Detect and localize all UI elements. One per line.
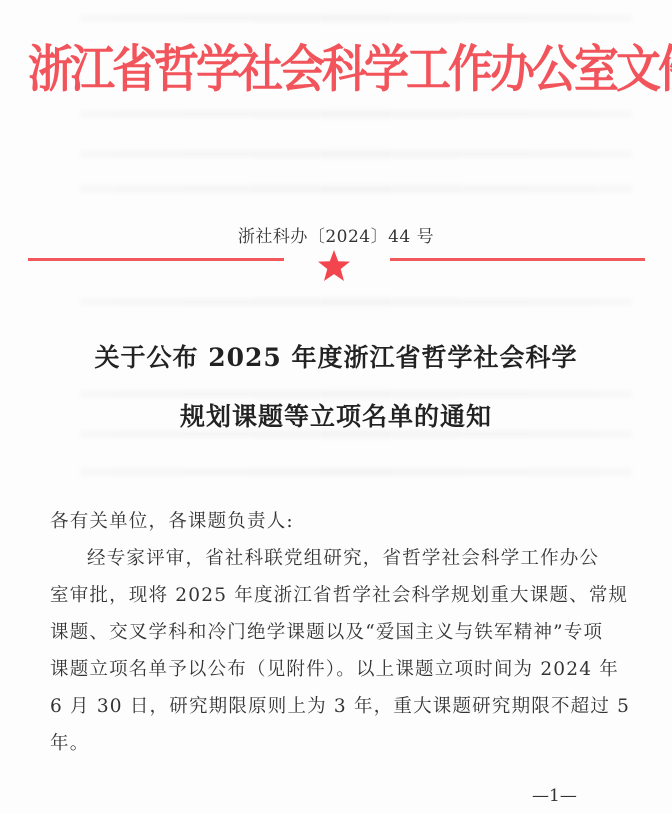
- body-line: 室审批，现将 2025 年度浙江省哲学社会科学规划重大课题、常规: [50, 577, 630, 614]
- notice-title-line-2: 规划课题等立项名单的通知: [0, 397, 672, 433]
- body-line: 经专家评审，省社科联党组研究，省哲学社会科学工作办公: [50, 540, 630, 577]
- document-number: 浙社科办〔2024〕44 号: [0, 222, 672, 247]
- body-paragraph: 经专家评审，省社科联党组研究，省哲学社会科学工作办公 室审批，现将 2025 年…: [50, 540, 630, 762]
- bleed-through-text: [80, 14, 632, 22]
- body-line: 课题、交叉学科和冷门绝学课题以及“爱国主义与铁军精神”专项: [50, 614, 630, 651]
- red-rule-left: [28, 258, 284, 261]
- bleed-through-text: [80, 298, 632, 306]
- document-page: 浙江省哲学社会科学工作办公室文件 浙社科办〔2024〕44 号 关于公布 202…: [0, 0, 672, 814]
- red-rule-right: [390, 258, 645, 261]
- bleed-through-text: [80, 150, 632, 158]
- body-line: 年。: [50, 725, 630, 762]
- masthead-title: 浙江省哲学社会科学工作办公室文件: [28, 36, 644, 103]
- bleed-through-text: [80, 185, 632, 193]
- bleed-through-text: [80, 110, 632, 118]
- notice-title-line-1: 关于公布 2025 年度浙江省哲学社会科学: [0, 338, 672, 374]
- bleed-through-text: [80, 468, 632, 476]
- star-icon: [316, 248, 352, 284]
- body-line: 6 月 30 日，研究期限原则上为 3 年，重大课题研究期限不超过 5: [50, 688, 630, 725]
- salutation: 各有关单位，各课题负责人:: [50, 503, 630, 540]
- page-number: —1—: [532, 786, 577, 806]
- body-line: 课题立项名单予以公布（见附件）。以上课题立项时间为 2024 年: [50, 651, 630, 688]
